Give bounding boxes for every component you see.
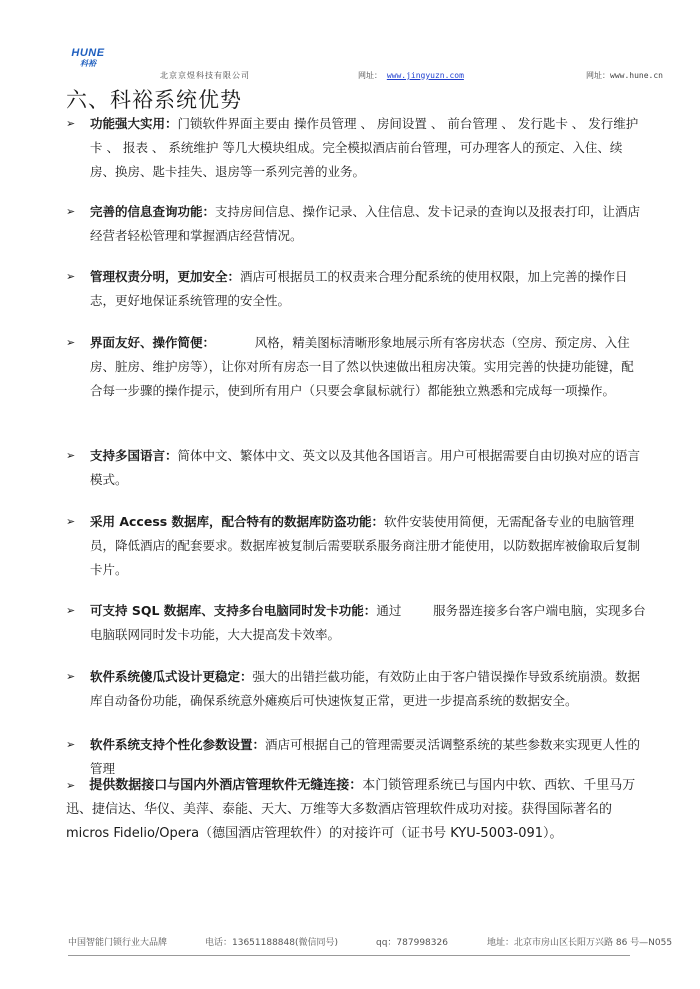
footer-address: 地址：北京市房山区长阳万兴路 86 号—N055: [487, 935, 672, 948]
item-heading: 软件系统支持个性化参数设置：: [90, 737, 265, 752]
list-item-integration: ➢提供数据接口与国内外酒店管理软件无缝连接：本门锁管理系统已与国内中软、西软、千…: [66, 774, 651, 846]
list-item: ➢ 功能强大实用：门锁软件界面主要由 操作员管理 、 房间设置 、 前台管理 、…: [66, 112, 646, 184]
footer-qq: qq：787998326: [376, 935, 448, 948]
item-heading: 采用 Access 数据库，配合特有的数据库防盗功能：: [90, 514, 384, 529]
item-heading: 软件系统傻瓜式设计更稳定：: [90, 669, 253, 684]
list-item: ➢ 完善的信息查询功能：支持房间信息、操作记录、入住信息、发卡记录的查询以及报表…: [66, 200, 646, 248]
logo-chinese: 科裕: [68, 59, 108, 69]
logo-wordmark: HUNE: [68, 48, 108, 59]
list-item: ➢ 管理权责分明，更加安全：酒店可根据员工的权责来合理分配系统的使用权限，加上完…: [66, 265, 646, 313]
header-website-1-link[interactable]: www.jingyuzn.com: [387, 71, 464, 80]
arrow-bullet-icon: ➢: [66, 779, 75, 792]
item-heading: 支持多国语言：: [90, 448, 178, 463]
footer-phone: 电话：13651188848(微信同号): [205, 935, 338, 948]
item-heading: 完善的信息查询功能：: [90, 204, 215, 219]
arrow-bullet-icon: ➢: [66, 200, 75, 224]
header-website-1-label: 网址：: [358, 71, 382, 80]
arrow-bullet-icon: ➢: [66, 665, 75, 689]
arrow-bullet-icon: ➢: [66, 444, 75, 468]
header-website-1: 网址： www.jingyuzn.com: [358, 70, 464, 81]
footer-slogan: 中国智能门锁行业大品牌: [68, 935, 167, 948]
arrow-bullet-icon: ➢: [66, 599, 75, 623]
list-item: ➢ 软件系统傻瓜式设计更稳定：强大的出错拦截功能，有效防止由于客户错误操作导致系…: [66, 665, 646, 713]
list-item: ➢ 支持多国语言：简体中文、繁体中文、英文以及其他各国语言。用户可根据需要自由切…: [66, 444, 646, 492]
item-heading: 界面友好、操作简便：: [90, 335, 215, 350]
footer-divider: [68, 955, 630, 956]
arrow-bullet-icon: ➢: [66, 331, 75, 355]
hune-logo: HUNE 科裕: [68, 48, 108, 69]
header-website-2: 网址：www.hune.cn: [586, 70, 663, 81]
item-heading: 可支持 SQL 数据库、支持多台电脑同时发卡功能：: [90, 603, 376, 618]
list-item: ➢ 采用 Access 数据库，配合特有的数据库防盗功能：软件安装使用简便，无需…: [66, 510, 646, 582]
arrow-bullet-icon: ➢: [66, 265, 75, 289]
arrow-bullet-icon: ➢: [66, 510, 75, 534]
item-heading: 提供数据接口与国内外酒店管理软件无缝连接：: [89, 778, 362, 793]
section-title: 六、科裕系统优势: [66, 84, 242, 114]
item-heading: 功能强大实用：: [90, 116, 178, 131]
arrow-bullet-icon: ➢: [66, 733, 75, 757]
list-item: ➢ 可支持 SQL 数据库、支持多台电脑同时发卡功能：通过 服务器连接多台客户端…: [66, 599, 646, 647]
list-item: ➢ 界面友好、操作简便： 风格，精美图标清晰形象地展示所有客房状态（空房、预定房…: [66, 331, 646, 403]
header-company: 北京京煜科技有限公司: [160, 70, 250, 81]
item-heading: 管理权责分明，更加安全：: [90, 269, 240, 284]
arrow-bullet-icon: ➢: [66, 112, 75, 136]
